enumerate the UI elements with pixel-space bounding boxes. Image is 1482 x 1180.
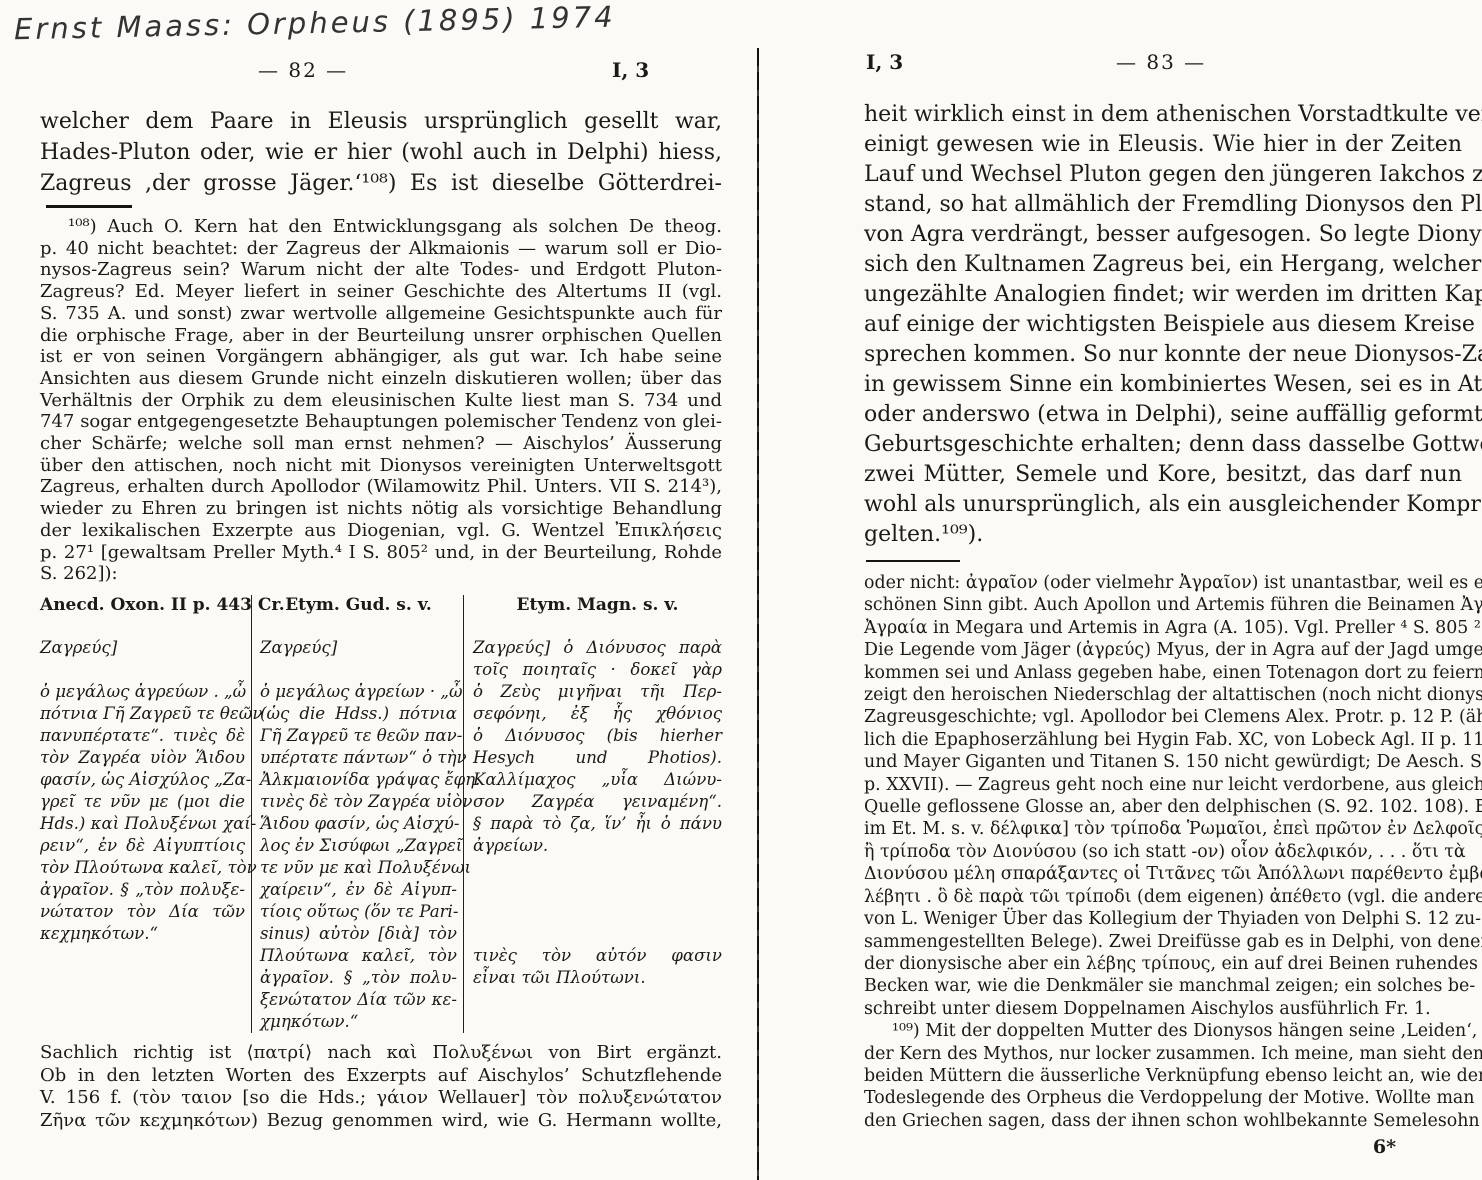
text-line: und Mayer Giganten und Titanen S. 150 ni… — [864, 751, 1462, 773]
footnote-108: ¹⁰⁸) Auch O. Kern hat den Entwicklungsga… — [40, 216, 722, 585]
text-line: τίοις οὕτως (ὅν τε Pari- — [260, 901, 457, 923]
main-text: welcher dem Paare in Eleusis ursprünglic… — [40, 106, 722, 199]
text-line: Hds.) καὶ Πολυξένωι χαί- — [40, 813, 245, 835]
main-text: heit wirklich einst in dem athenischen V… — [864, 100, 1462, 550]
text-line: υπέρτατε πάντων“ ὁ τὴν — [260, 747, 457, 769]
text-line: schönen Sinn gibt. Auch Apollon und Arte… — [864, 594, 1462, 616]
text-line: sich den Kultnamen Zagreus bei, ein Herg… — [864, 250, 1462, 280]
text-line: die orphische Frage, aber in der Beurtei… — [40, 325, 722, 347]
text-line: oder nicht: ἀγραῖον (oder vielmehr Ἀγραῖ… — [864, 572, 1462, 594]
text-line: der dionysische aber ein λέβης τρίπους, … — [864, 953, 1462, 975]
footnote-separator — [866, 560, 960, 562]
table-cell-anecd-oxon: Ζαγρεύς]ὁ μεγάλως ἀγρεύων . „ὦπότνια Γῆ … — [40, 637, 245, 945]
text-line: ὁ μεγάλως ἀγρείων · „ὦ — [260, 681, 457, 703]
footnote-separator — [46, 205, 132, 208]
text-line: ξενώτατον Δία τῶν κε- — [260, 989, 457, 1011]
text-line: sinus) αὐτὸν [διὰ] τὸν — [260, 923, 457, 945]
text-line: ἀγραῖον. § „τὸν πολυξε- — [40, 879, 245, 901]
text-line: Zagreus, erhalten durch Apollodor (Wilam… — [40, 476, 722, 498]
page-left: — 82 — I, 3 welcher dem Paare in Eleusis… — [40, 58, 722, 1132]
text-line: Ζαγρεύς] ὁ Διόνυσος παρὰ — [473, 637, 722, 659]
text-line: Lauf und Wechsel Pluton gegen den jünger… — [864, 160, 1462, 190]
text-line: τὸν Πλούτωνα καλεῖ, τὸν — [40, 857, 245, 879]
text-line: über den attischen, noch nicht mit Diony… — [40, 455, 722, 477]
page-number: — 82 — — [258, 58, 348, 82]
text-line: heit wirklich einst in dem athenischen V… — [864, 100, 1462, 130]
handwritten-annotation: Ernst Maass: Orpheus (1895) 1974 — [14, 0, 615, 46]
text-line: ¹⁰⁹) Mit der doppelten Mutter des Dionys… — [864, 1020, 1462, 1042]
text-line: p. 40 nicht beachtet: der Zagreus der Al… — [40, 238, 722, 260]
text-line: τοῖς ποιηταῖς · δοκεῖ γὰρ — [473, 659, 722, 681]
text-line: Ansichten aus diesem Grunde nicht einzel… — [40, 368, 722, 390]
text-line: der lexikalischen Exzerpte aus Diogenian… — [40, 520, 722, 542]
text-line: Quelle geflossene Glosse an, aber den de… — [864, 796, 1462, 818]
text-line: in gewissem Sinne ein kombiniertes Wesen… — [864, 370, 1462, 400]
page-right: I, 3 — 83 — heit wirklich einst in dem a… — [864, 50, 1462, 1158]
text-line: 747 sogar entgegengesetzte Behauptungen … — [40, 411, 722, 433]
text-line: wieder zu Ehren zu bringen ist nichts nö… — [40, 498, 722, 520]
text-line — [473, 879, 722, 901]
text-line: τε νῦν με καὶ Πολυξένωι — [260, 857, 457, 879]
text-line: Todeslegende des Orpheus die Verdoppelun… — [864, 1087, 1462, 1109]
text-line: welcher dem Paare in Eleusis ursprünglic… — [40, 106, 722, 137]
text-line: ¹⁰⁸) Auch O. Kern hat den Entwicklungsga… — [40, 216, 722, 238]
text-line: Ob in den letzten Worten des Exzerpts au… — [40, 1065, 722, 1088]
text-line: ὁ Ζεὺς μιγῆναι τῆι Περ- — [473, 681, 722, 703]
text-line: Ζαγρεύς] — [40, 637, 245, 659]
text-line: beiden Müttern die äusserliche Verknüpfu… — [864, 1065, 1462, 1087]
table-header-etym-gud: Etym. Gud. s. v. — [260, 595, 457, 637]
excerpt-comparison-table: Anecd. Oxon. II p. 443 Cr. Ζαγρεύς]ὁ μεγ… — [40, 595, 722, 1033]
text-line: Zagreus? Ed. Meyer liefert in seiner Ges… — [40, 281, 722, 303]
text-line: χαίρειν“, ἐν δὲ Αἰγυπ- — [260, 879, 457, 901]
text-line: Γῆ Ζαγρεῦ τε θεῶν παν- — [260, 725, 457, 747]
text-line — [473, 901, 722, 923]
page-header-left: — 82 — I, 3 — [40, 58, 722, 96]
text-line: εἶναι τῶι Πλούτωνι. — [473, 967, 722, 989]
text-line: den Griechen sagen, dass der ihnen schon… — [864, 1110, 1462, 1132]
footnote-109: ¹⁰⁹) Mit der doppelten Mutter des Dionys… — [864, 1020, 1462, 1132]
text-line: Ἅιδου φασίν, ὡς Αἰσχύ- — [260, 813, 457, 835]
text-line: ἢ τρίποδα τὸν Διονύσου (so ich statt -ον… — [864, 841, 1462, 863]
footnote-108-continuation: oder nicht: ἀγραῖον (oder vielmehr Ἀγραῖ… — [864, 572, 1462, 1020]
text-line: χμηκότων.“ — [260, 1011, 457, 1033]
text-line: S. 262]): — [40, 563, 722, 585]
text-line — [40, 659, 245, 681]
text-line: ist er von seinen Vorgängern abhängiger,… — [40, 346, 722, 368]
text-line: τινὲς τὸν αὐτόν φασιν — [473, 945, 722, 967]
text-line: Hades-Pluton oder, wie er hier (wohl auc… — [40, 137, 722, 168]
text-line — [473, 923, 722, 945]
text-line: von L. Weniger Über das Kollegium der Th… — [864, 908, 1462, 930]
text-line: lich die Epaphoserzählung bei Hygin Fab.… — [864, 729, 1462, 751]
text-line: ἀγραῖον. § „τὸν πολυ- — [260, 967, 457, 989]
text-line: gelten.¹⁰⁹). — [864, 520, 1462, 550]
text-line — [473, 857, 722, 879]
text-line: p. 27¹ [gewaltsam Preller Myth.⁴ I S. 80… — [40, 542, 722, 564]
text-line: ἀγρείων. — [473, 835, 722, 857]
text-line: auf einige der wichtigsten Beispiele aus… — [864, 310, 1462, 340]
chapter-ref: I, 3 — [612, 58, 649, 82]
footnote-bottom-text: Sachlich richtig ist ⟨πατρί⟩ nach καὶ Πο… — [40, 1042, 722, 1132]
text-line: ὁ μεγάλως ἀγρεύων . „ὦ — [40, 681, 245, 703]
text-line: (ὡς die Hdss.) πότνια — [260, 703, 457, 725]
text-line: von Agra verdrängt, besser aufgesogen. S… — [864, 220, 1462, 250]
book-spine-line — [757, 48, 759, 1180]
text-line: γρεῖ τε νῦν με (μοι die — [40, 791, 245, 813]
text-line: kommen sei und Anlass gegeben habe, eine… — [864, 662, 1462, 684]
text-line: πανυπέρτατε“. τινὲς δὲ — [40, 725, 245, 747]
text-line: Becken war, wie die Denkmäler sie manchm… — [864, 975, 1462, 997]
text-line: τινὲς δὲ τὸν Ζαγρέα υἱὸν — [260, 791, 457, 813]
text-line: cher Schärfe; welche soll man ernst nehm… — [40, 433, 722, 455]
text-line: Ἀγραία in Megara und Artemis in Agra (A.… — [864, 617, 1462, 639]
text-line: νώτατον τὸν Δία τῶν — [40, 901, 245, 923]
text-line: der Kern des Mythos, nur locker zusammen… — [864, 1043, 1462, 1065]
sheet-signature: 6* — [864, 1136, 1462, 1158]
text-line: V. 156 f. (τὸν ταιον [so die Hds.; γάιον… — [40, 1087, 722, 1110]
table-column-anecd-oxon: Anecd. Oxon. II p. 443 Cr. Ζαγρεύς]ὁ μεγ… — [40, 595, 252, 1033]
text-line: zeigt den heroischen Niederschlag der al… — [864, 684, 1462, 706]
text-line: πότνια Γῆ Ζαγρεῦ τε θεῶν — [40, 703, 245, 725]
text-line: sammengestellten Belege). Zwei Dreifüsse… — [864, 931, 1462, 953]
text-line: schreibt unter diesem Doppelnamen Aischy… — [864, 998, 1462, 1020]
text-line: Διονύσου μέλη σπαράξαντες οἱ Τιτᾶνες τῶι… — [864, 863, 1462, 885]
text-line: λος ἐν Σισύφωι „Ζαγρεῖ — [260, 835, 457, 857]
text-line: Πλούτωνα καλεῖ, τὸν — [260, 945, 457, 967]
text-line: Geburtsgeschichte erhalten; denn dass da… — [864, 430, 1462, 460]
table-column-etym-gud: Etym. Gud. s. v. Ζαγρεύς]ὁ μεγάλως ἀγρεί… — [252, 595, 464, 1033]
table-header-anecd-oxon: Anecd. Oxon. II p. 443 Cr. — [40, 595, 245, 637]
text-line: Ἀλκμαιονίδα γράψας ἔφη. — [260, 769, 457, 791]
text-line: einigt gewesen wie in Eleusis. Wie hier … — [864, 130, 1462, 160]
text-line: im Et. M. s. v. δέλφικα] τὸν τρίποδα Ῥωμ… — [864, 818, 1462, 840]
text-line: oder anderswo (etwa in Delphi), seine au… — [864, 400, 1462, 430]
page-number: — 83 — — [1116, 50, 1206, 74]
text-line: Zagreus ,der grosse Jäger.‘¹⁰⁸) Es ist d… — [40, 168, 722, 199]
text-line: S. 735 A. und sonst) zwar wertvolle allg… — [40, 303, 722, 325]
text-line: Verhältnis der Orphik zu dem eleusinisch… — [40, 390, 722, 412]
text-line: p. XXVII). — Zagreus geht noch eine nur … — [864, 774, 1462, 796]
page-header-right: I, 3 — 83 — — [864, 50, 1462, 88]
text-line: τὸν Ζαγρέα υἱὸν Ἅιδου — [40, 747, 245, 769]
text-line — [260, 659, 457, 681]
text-line: wohl als unursprünglich, als ein ausglei… — [864, 490, 1462, 520]
text-line: stand, so hat allmählich der Fremdling D… — [864, 190, 1462, 220]
text-line: φασίν, ὡς Αἰσχύλος „Ζα- — [40, 769, 245, 791]
table-cell-etym-gud: Ζαγρεύς]ὁ μεγάλως ἀγρείων · „ὦ(ὡς die Hd… — [260, 637, 457, 1033]
text-line: Zagreusgeschichte; vgl. Apollodor bei Cl… — [864, 706, 1462, 728]
text-line: zwei Mütter, Semele und Kore, besitzt, d… — [864, 460, 1462, 490]
text-line: Sachlich richtig ist ⟨πατρί⟩ nach καὶ Πο… — [40, 1042, 722, 1065]
table-column-etym-magn: Etym. Magn. s. v. Ζαγρεύς] ὁ Διόνυσος πα… — [464, 595, 722, 1033]
text-line: ὁ Διόνυσος (bis hierher — [473, 725, 722, 747]
table-header-etym-magn: Etym. Magn. s. v. — [473, 595, 722, 637]
text-line: ungezählte Analogien findet; wir werden … — [864, 280, 1462, 310]
text-line: λέβητι . ὃ δὲ παρὰ τῶι τρίποδι (dem eige… — [864, 886, 1462, 908]
text-line: § παρὰ τὸ ζα, ἵν’ ἦι ὁ πάνυ — [473, 813, 722, 835]
text-line: Ζαγρεύς] — [260, 637, 457, 659]
table-cell-etym-magn: Ζαγρεύς] ὁ Διόνυσος παρὰτοῖς ποιηταῖς · … — [473, 637, 722, 989]
text-line: Καλλίμαχος „υἷα Διώνυ- — [473, 769, 722, 791]
text-line: κεχμηκότων.“ — [40, 923, 245, 945]
text-line: Die Legende vom Jäger (ἀγρεύς) Myus, der… — [864, 639, 1462, 661]
chapter-ref: I, 3 — [866, 50, 903, 74]
text-line: Ζῆνα τῶν κεχμηκότων) Bezug genommen wird… — [40, 1110, 722, 1133]
text-line: σον Ζαγρέα γειναμένη“. — [473, 791, 722, 813]
text-line: σεφόνηι, ἐξ ἧς χθόνιος — [473, 703, 722, 725]
text-line: Hesych und Photios). — [473, 747, 722, 769]
text-line: ρειν“, ἐν δὲ Αἰγυπτίοις — [40, 835, 245, 857]
text-line: sprechen kommen. So nur konnte der neue … — [864, 340, 1462, 370]
text-line: nysos-Zagreus sein? Warum nicht der alte… — [40, 259, 722, 281]
